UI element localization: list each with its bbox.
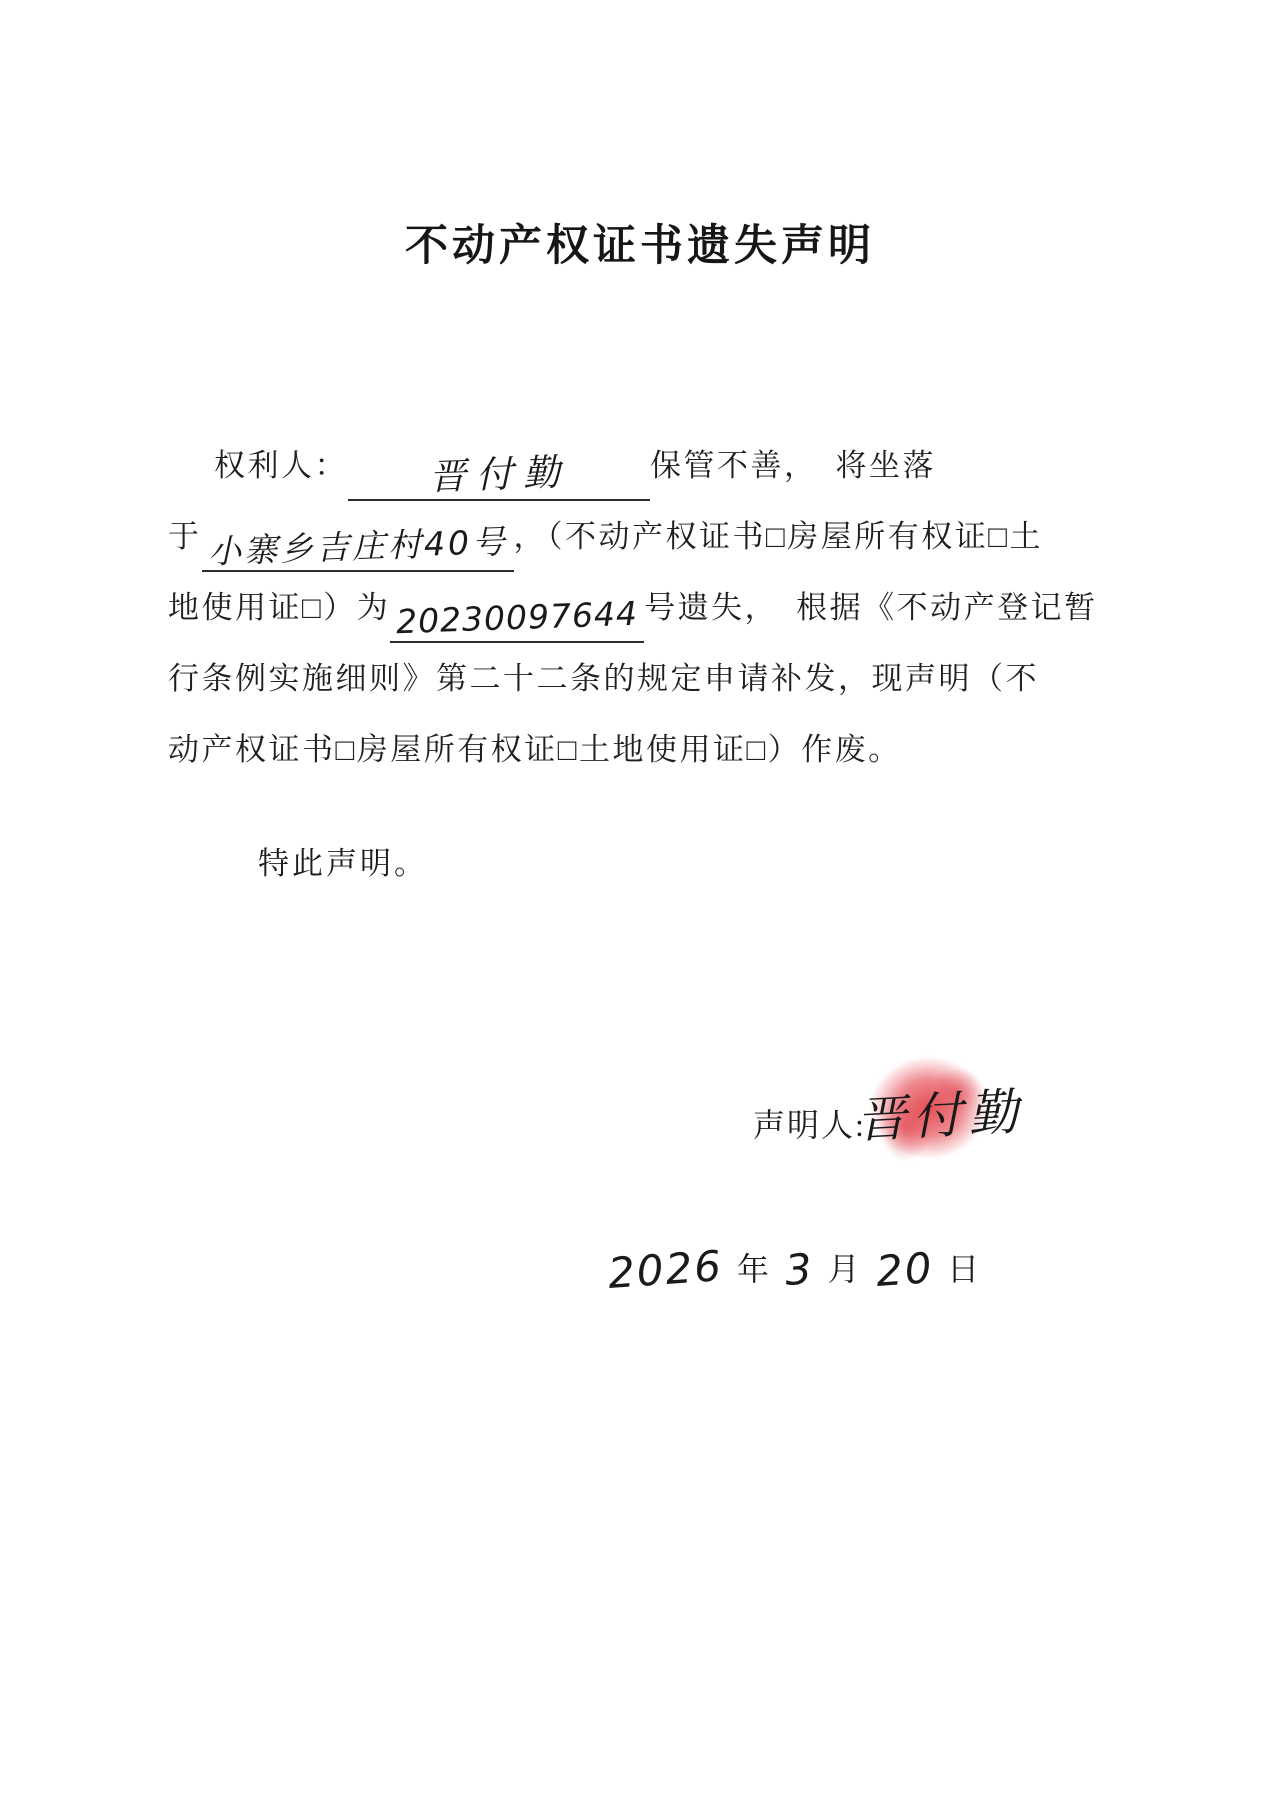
date-year-unit: 年: [737, 1244, 771, 1290]
location-prefix: 于: [168, 519, 202, 554]
certificate-prefix: 地使用证□）为: [168, 590, 390, 625]
document-page: 不动产权证书遗失声明 权利人：晋付勤保管不善， 将坐落 于小寨乡吉庄村40号，（…: [0, 0, 1280, 1816]
body-line-3: 地使用证□）为20230097644号遗失， 根据《不动产登记暂: [168, 572, 968, 643]
rightholder-label: 权利人：: [214, 448, 348, 483]
declaration-paragraph: 权利人：晋付勤保管不善， 将坐落 于小寨乡吉庄村40号，（不动产权证书□房屋所有…: [168, 430, 968, 785]
date-day-unit: 日: [947, 1244, 981, 1290]
date-year-handwritten: 2026: [606, 1241, 724, 1298]
date-month-handwritten: 3: [783, 1244, 815, 1295]
rightholder-handwritten-name: 晋付勤: [428, 453, 570, 498]
date-day-handwritten: 20: [874, 1243, 935, 1296]
body-line-2-text: ，（不动产权证书□房屋所有权证□土: [514, 519, 1043, 554]
declarant-label: 声明人:: [753, 1100, 866, 1146]
address-fill-underline: 小寨乡吉庄村40号: [202, 527, 514, 572]
body-line-3-text: 号遗失， 根据《不动产登记暂: [644, 590, 1098, 625]
date-month-unit: 月: [828, 1244, 862, 1290]
closing-statement: 特此声明。: [258, 838, 428, 883]
body-line-1: 权利人：晋付勤保管不善， 将坐落: [168, 430, 968, 501]
certificate-number-underline: 20230097644: [390, 598, 644, 643]
date-line: 2026年3月20日: [608, 1244, 995, 1294]
certificate-number-handwritten: 20230097644: [396, 594, 639, 642]
rightholder-fill-underline: 晋付勤: [348, 455, 650, 501]
declarant-signature-handwritten: 晋付勤: [854, 1072, 1026, 1153]
body-line-1-text: 保管不善， 将坐落: [650, 448, 936, 483]
document-title: 不动产权证书遗失声明: [0, 212, 1280, 273]
body-line-5: 动产权证书□房屋所有权证□土地使用证□）作废。: [168, 714, 968, 785]
body-line-4: 行条例实施细则》第二十二条的规定申请补发，现声明（不: [168, 643, 968, 714]
address-handwritten: 小寨乡吉庄村40号: [207, 522, 508, 572]
declarant-signature: 晋付勤: [856, 1076, 1024, 1148]
body-line-2: 于小寨乡吉庄村40号，（不动产权证书□房屋所有权证□土: [168, 501, 968, 572]
